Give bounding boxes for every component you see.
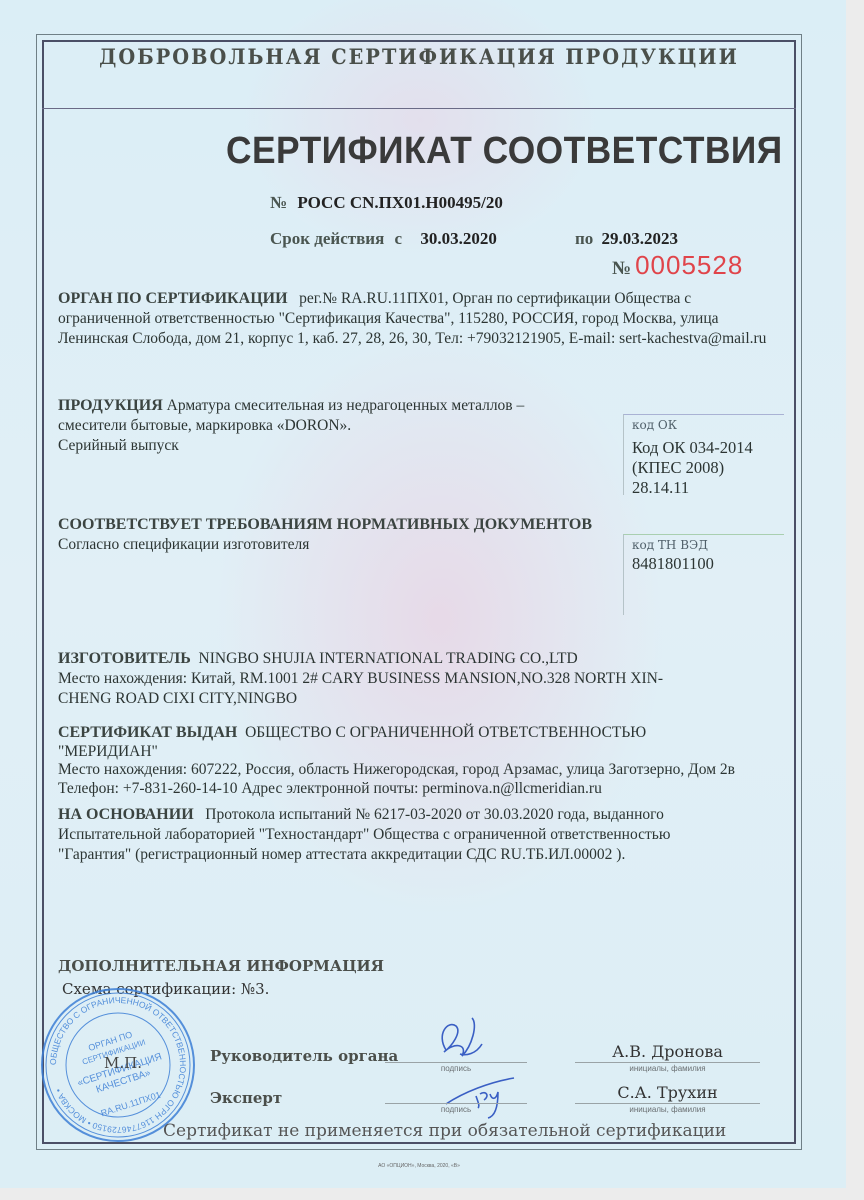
manufacturer-address-line1: Место нахождения: Китай, RM.1001 2# CARY… (58, 669, 778, 689)
blank-number-value: 0005528 (635, 250, 743, 280)
certification-body-heading: ОРГАН ПО СЕРТИФИКАЦИИ (58, 290, 288, 307)
blank-number-sign: № (612, 258, 631, 279)
header-voluntary-certification: ДОБРОВОЛЬНАЯ СЕРТИФИКАЦИЯ ПРОДУКЦИИ (34, 44, 805, 69)
basis-line2: Испытательной лабораторией "Техностандар… (58, 825, 788, 845)
head-name-caption: инициалы, фамилия (575, 1064, 760, 1073)
manufacturer-address-line2: CHENG ROAD CIXI CITY,NINGBO (58, 689, 778, 709)
issued-to-address: Место нахождения: 607222, Россия, област… (58, 760, 788, 780)
certification-body-section: ОРГАН ПО СЕРТИФИКАЦИИ рег.№ RA.RU.11ПХ01… (58, 289, 768, 349)
issued-to-heading: СЕРТИФИКАТ ВЫДАН (58, 724, 237, 741)
ok-code-line2: (КПЕС 2008) (632, 458, 784, 478)
ok-code-box: код ОК Код ОК 034-2014 (КПЕС 2008) 28.14… (623, 414, 784, 495)
validity-to: по 29.03.2023 (575, 229, 678, 249)
printer-imprint: АО «ОПЦИОН», Москва, 2020, «В» (0, 1163, 838, 1169)
manufacturer-heading: ИЗГОТОВИТЕЛЬ (58, 650, 191, 667)
product-heading: ПРОДУКЦИЯ (58, 397, 163, 414)
expert-name-caption: инициалы, фамилия (575, 1105, 760, 1114)
conformity-text: Согласно спецификации изготовителя (58, 535, 618, 555)
number-sign: № (270, 193, 287, 212)
head-name: А.В. Дронова (575, 1042, 760, 1061)
product-series: Серийный выпуск (58, 436, 588, 456)
tnved-code-value: 8481801100 (632, 554, 784, 574)
head-role-label: Руководитель органа (210, 1047, 398, 1065)
tnved-code-box: код ТН ВЭД 8481801100 (623, 534, 784, 615)
expert-signature-icon (440, 1072, 520, 1122)
expert-name: С.А. Трухин (575, 1083, 760, 1102)
validity-from-date: 30.03.2020 (420, 229, 497, 248)
certificate-number-value: РОСС CN.ПХ01.Н00495/20 (297, 193, 503, 212)
ok-code-label: код ОК (632, 418, 784, 432)
head-name-line (575, 1062, 760, 1063)
validity-from-label: с (395, 229, 403, 248)
expert-role-label: Эксперт (210, 1089, 282, 1107)
validity-label: Срок действия (270, 229, 384, 248)
manufacturer-section: ИЗГОТОВИТЕЛЬ NINGBO SHUJIA INTERNATIONAL… (58, 649, 778, 709)
head-signature-icon (432, 1014, 492, 1064)
basis-line3: "Гарантия" (регистрационный номер аттест… (58, 845, 788, 865)
expert-signature-caption: подпись (385, 1105, 527, 1114)
validity-to-date: 29.03.2023 (602, 229, 679, 248)
basis-section: НА ОСНОВАНИИ Протокола испытаний № 6217-… (58, 805, 788, 865)
expert-name-line (575, 1103, 760, 1104)
conformity-heading: СООТВЕТСТВУЕТ ТРЕБОВАНИЯМ НОРМАТИВНЫХ ДО… (58, 515, 618, 535)
certificate-paper: ДОБРОВОЛЬНАЯ СЕРТИФИКАЦИЯ ПРОДУКЦИИ СЕРТ… (0, 0, 846, 1188)
expert-signature-line (385, 1103, 527, 1104)
product-section: ПРОДУКЦИЯ Арматура смесительная из недра… (58, 396, 588, 456)
basis-line1: Протокола испытаний № 6217-03-2020 от 30… (205, 806, 664, 823)
footer-note: Сертификат не применяется при обязательн… (163, 1121, 726, 1141)
conformity-section: СООТВЕТСТВУЕТ ТРЕБОВАНИЯМ НОРМАТИВНЫХ ДО… (58, 515, 618, 555)
validity-to-label: по (575, 229, 593, 248)
ok-code-line1: Код ОК 034-2014 (632, 438, 784, 458)
header-divider (42, 108, 796, 109)
issued-to-contacts: Телефон: +7-831-260-14-10 Адрес электрон… (58, 780, 788, 797)
ok-code-line3: 28.14.11 (632, 478, 784, 498)
basis-heading: НА ОСНОВАНИИ (58, 806, 194, 823)
issued-to-name-line2: "МЕРИДИАН" (58, 743, 788, 760)
blank-number: № 0005528 (612, 250, 743, 281)
tnved-code-label: код ТН ВЭД (632, 538, 784, 552)
issued-to-section: СЕРТИФИКАТ ВЫДАН ОБЩЕСТВО С ОГРАНИЧЕННОЙ… (58, 723, 788, 797)
head-signature-line (385, 1062, 527, 1063)
page-title: СЕРТИФИКАТ СООТВЕТСТВИЯ (226, 130, 783, 173)
manufacturer-name: NINGBO SHUJIA INTERNATIONAL TRADING CO.,… (199, 650, 578, 667)
certificate-number: № РОСС CN.ПХ01.Н00495/20 (270, 193, 503, 213)
additional-info-heading: ДОПОЛНИТЕЛЬНАЯ ИНФОРМАЦИЯ (58, 957, 384, 975)
issued-to-name-line1: ОБЩЕСТВО С ОГРАНИЧЕННОЙ ОТВЕТСТВЕННОСТЬЮ (245, 724, 646, 741)
validity-period: Срок действия с 30.03.2020 (270, 229, 497, 249)
seal-placeholder: М.П. (104, 1054, 142, 1072)
